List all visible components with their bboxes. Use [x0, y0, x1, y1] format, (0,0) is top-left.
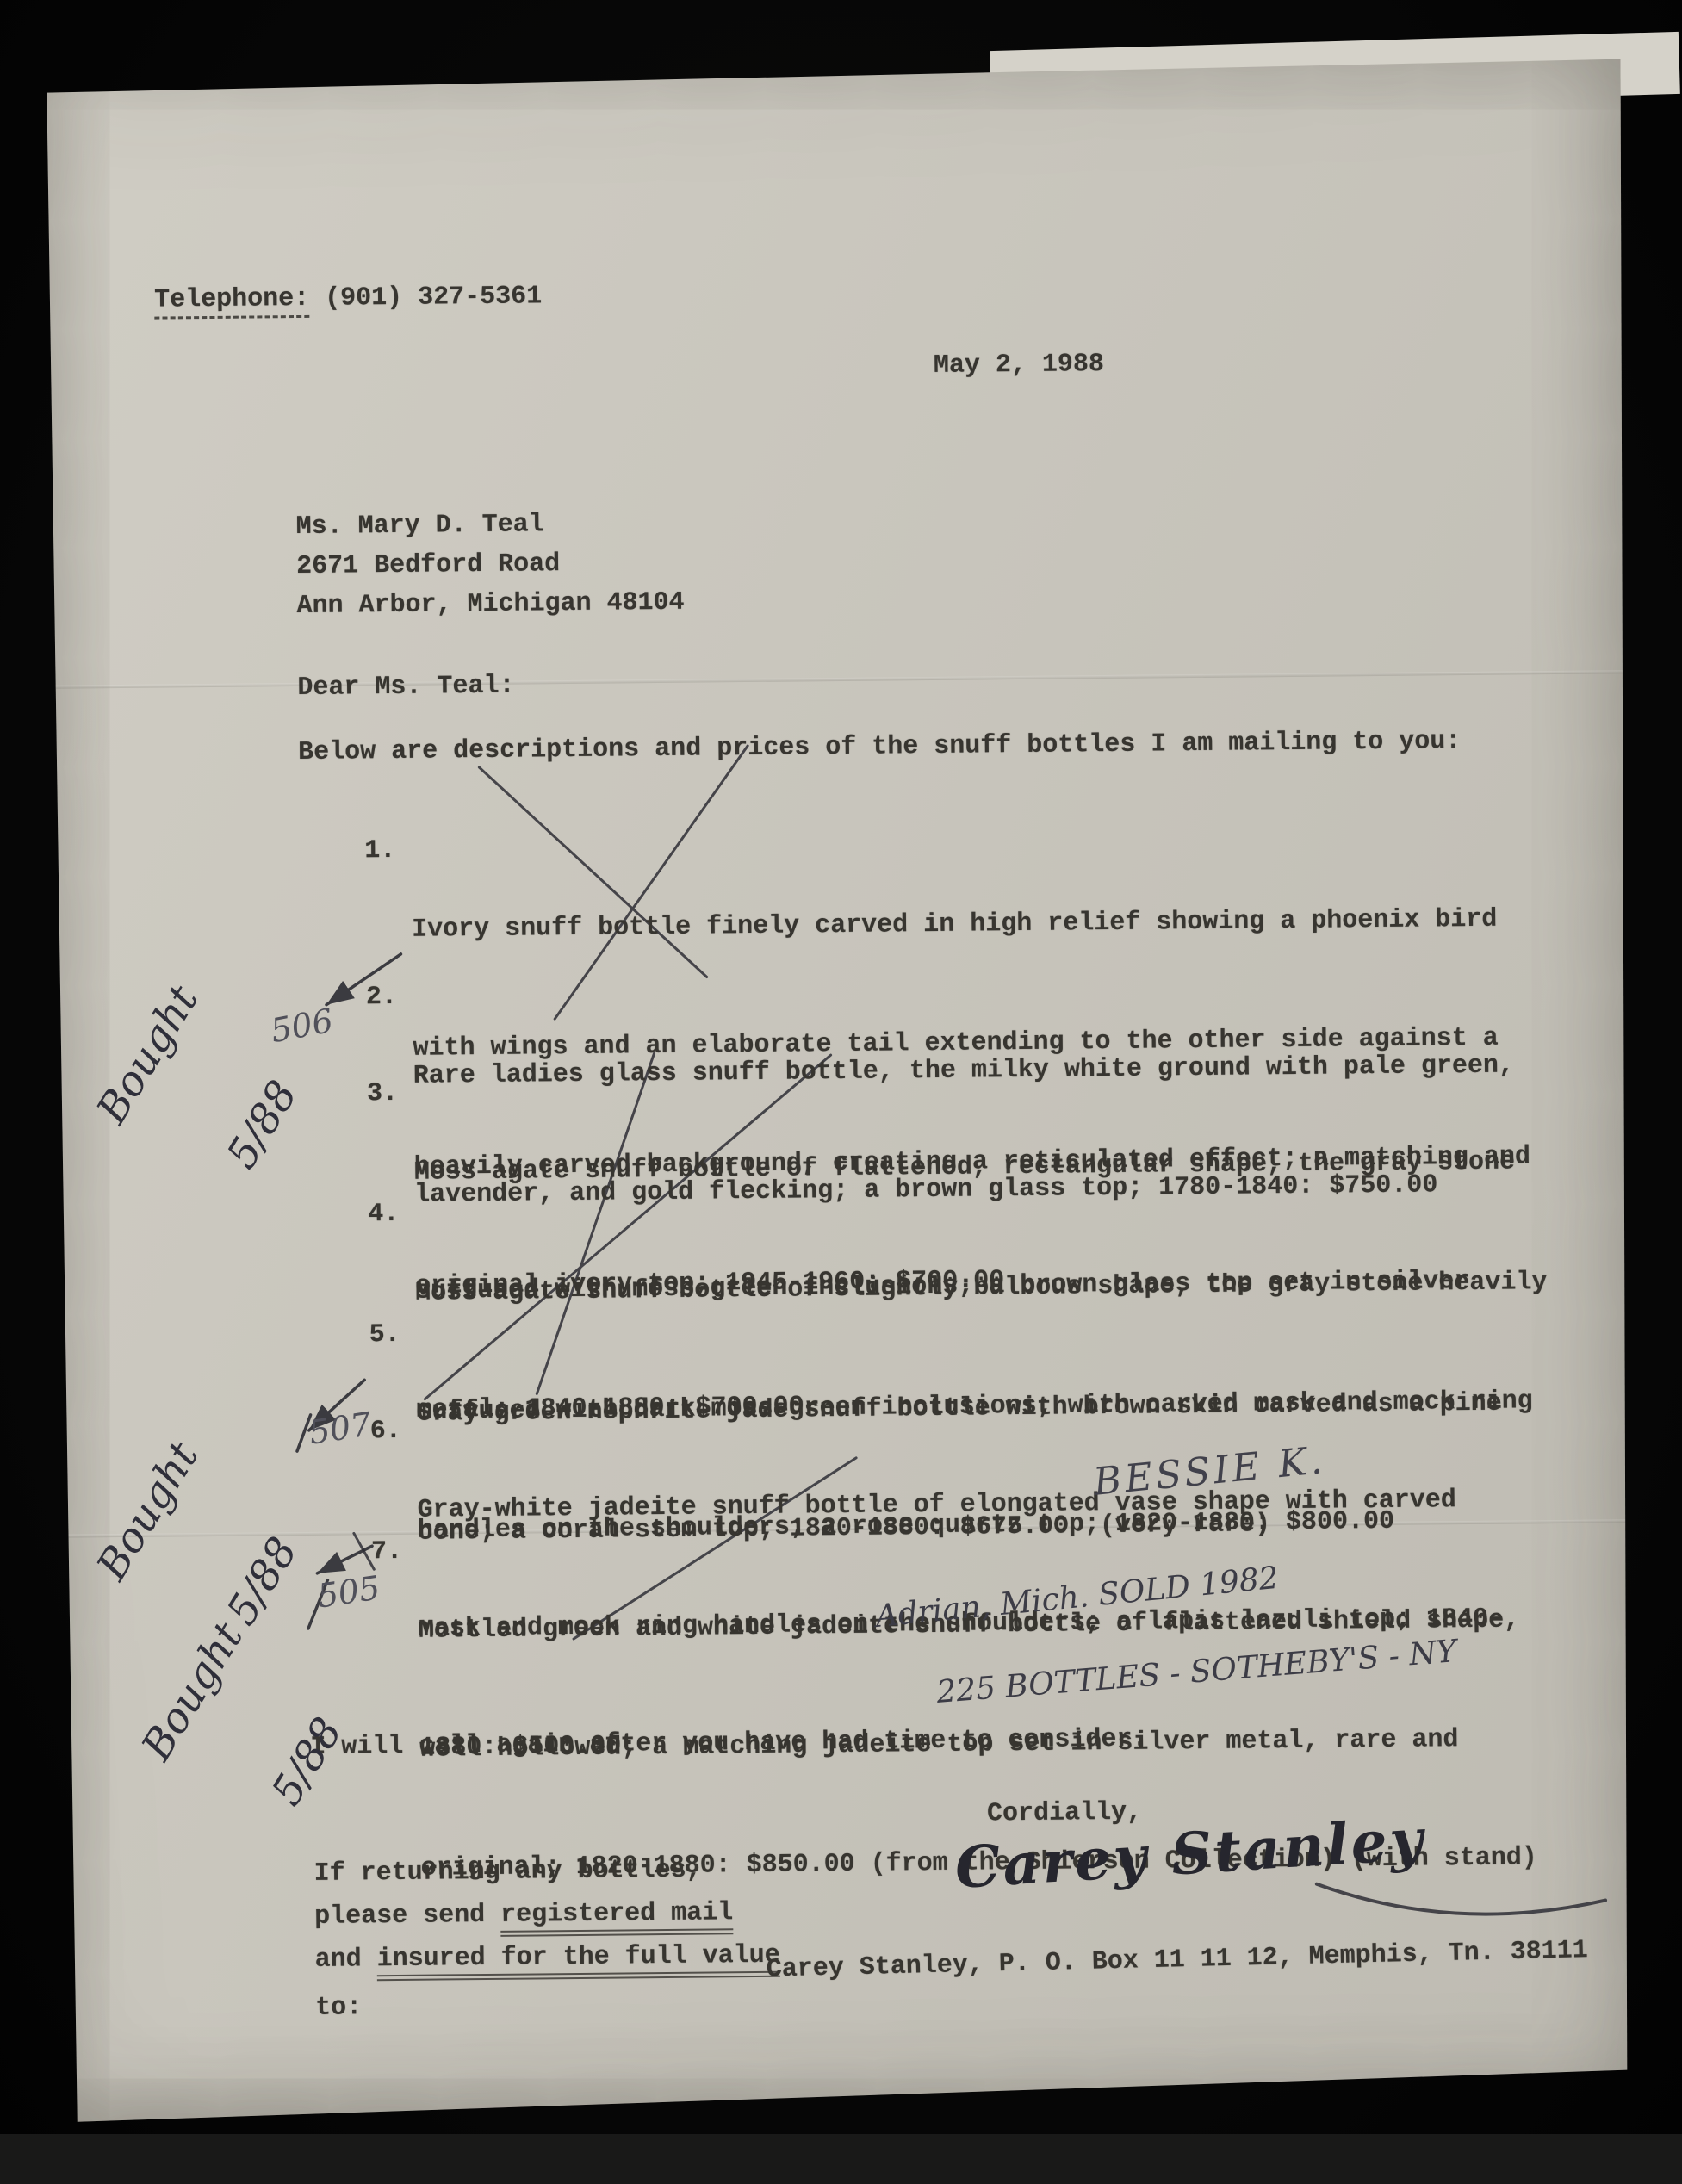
- telephone-number: (901) 327-5361: [309, 282, 542, 313]
- ps-line-4: to:: [315, 1988, 362, 2028]
- recipient-name: Ms. Mary D. Teal: [295, 505, 543, 547]
- bought-word: Bought: [133, 1615, 251, 1767]
- item-number: 2.: [366, 977, 397, 1017]
- photo-background: Telephone: (901) 327-5361 May 2, 1988 Ms…: [0, 0, 1682, 2184]
- item-number: 1.: [364, 831, 395, 871]
- annotation-bought-506: Bought 5/88: [13, 931, 398, 1247]
- bought-date: 5/88: [219, 1505, 320, 1632]
- telephone-label: Telephone:: [154, 284, 309, 320]
- letter-paper: Telephone: (901) 327-5361 May 2, 1988 Ms…: [42, 57, 1641, 2125]
- salutation: Dear Ms. Teal:: [297, 667, 514, 708]
- list-item-1: 1. Ivory snuff bottle finely carved in h…: [49, 819, 1628, 835]
- date-line: May 2, 1988: [934, 344, 1104, 386]
- fold-crease: [47, 670, 1626, 689]
- item-line: Ivory snuff bottle finely carved in high…: [412, 899, 1529, 949]
- ps-line-3-plain: and: [314, 1945, 376, 1975]
- ps-line-3-underlined: insured for the full value: [377, 1941, 780, 1981]
- annotation-number-506: 506: [268, 1002, 336, 1051]
- intro-line: Below are descriptions and prices of the…: [298, 722, 1462, 772]
- ps-line-2: please send registered mail: [314, 1893, 734, 1937]
- bought-date: 5/88: [219, 1048, 320, 1176]
- item-number: 6.: [370, 1412, 401, 1451]
- item-number: 4.: [368, 1194, 399, 1234]
- bought-word: Bought: [89, 1435, 206, 1587]
- bought-word: Bought: [89, 978, 206, 1131]
- bought-date: 5/88: [264, 1685, 365, 1813]
- ps-line-3: and insured for the full value: [314, 1936, 780, 1980]
- item-number: 5.: [369, 1315, 400, 1355]
- ps-line-2-plain: please send: [314, 1901, 500, 1932]
- recipient-street: 2671 Bedford Road: [296, 544, 560, 586]
- ps-line-2-underlined: registered mail: [500, 1898, 733, 1937]
- annotation-number-507: 507: [307, 1405, 374, 1451]
- telephone-line: Telephone: (901) 327-5361: [154, 276, 542, 320]
- recipient-city: Ann Arbor, Michigan 48104: [296, 583, 684, 626]
- photo-bottom-band: [0, 2134, 1682, 2184]
